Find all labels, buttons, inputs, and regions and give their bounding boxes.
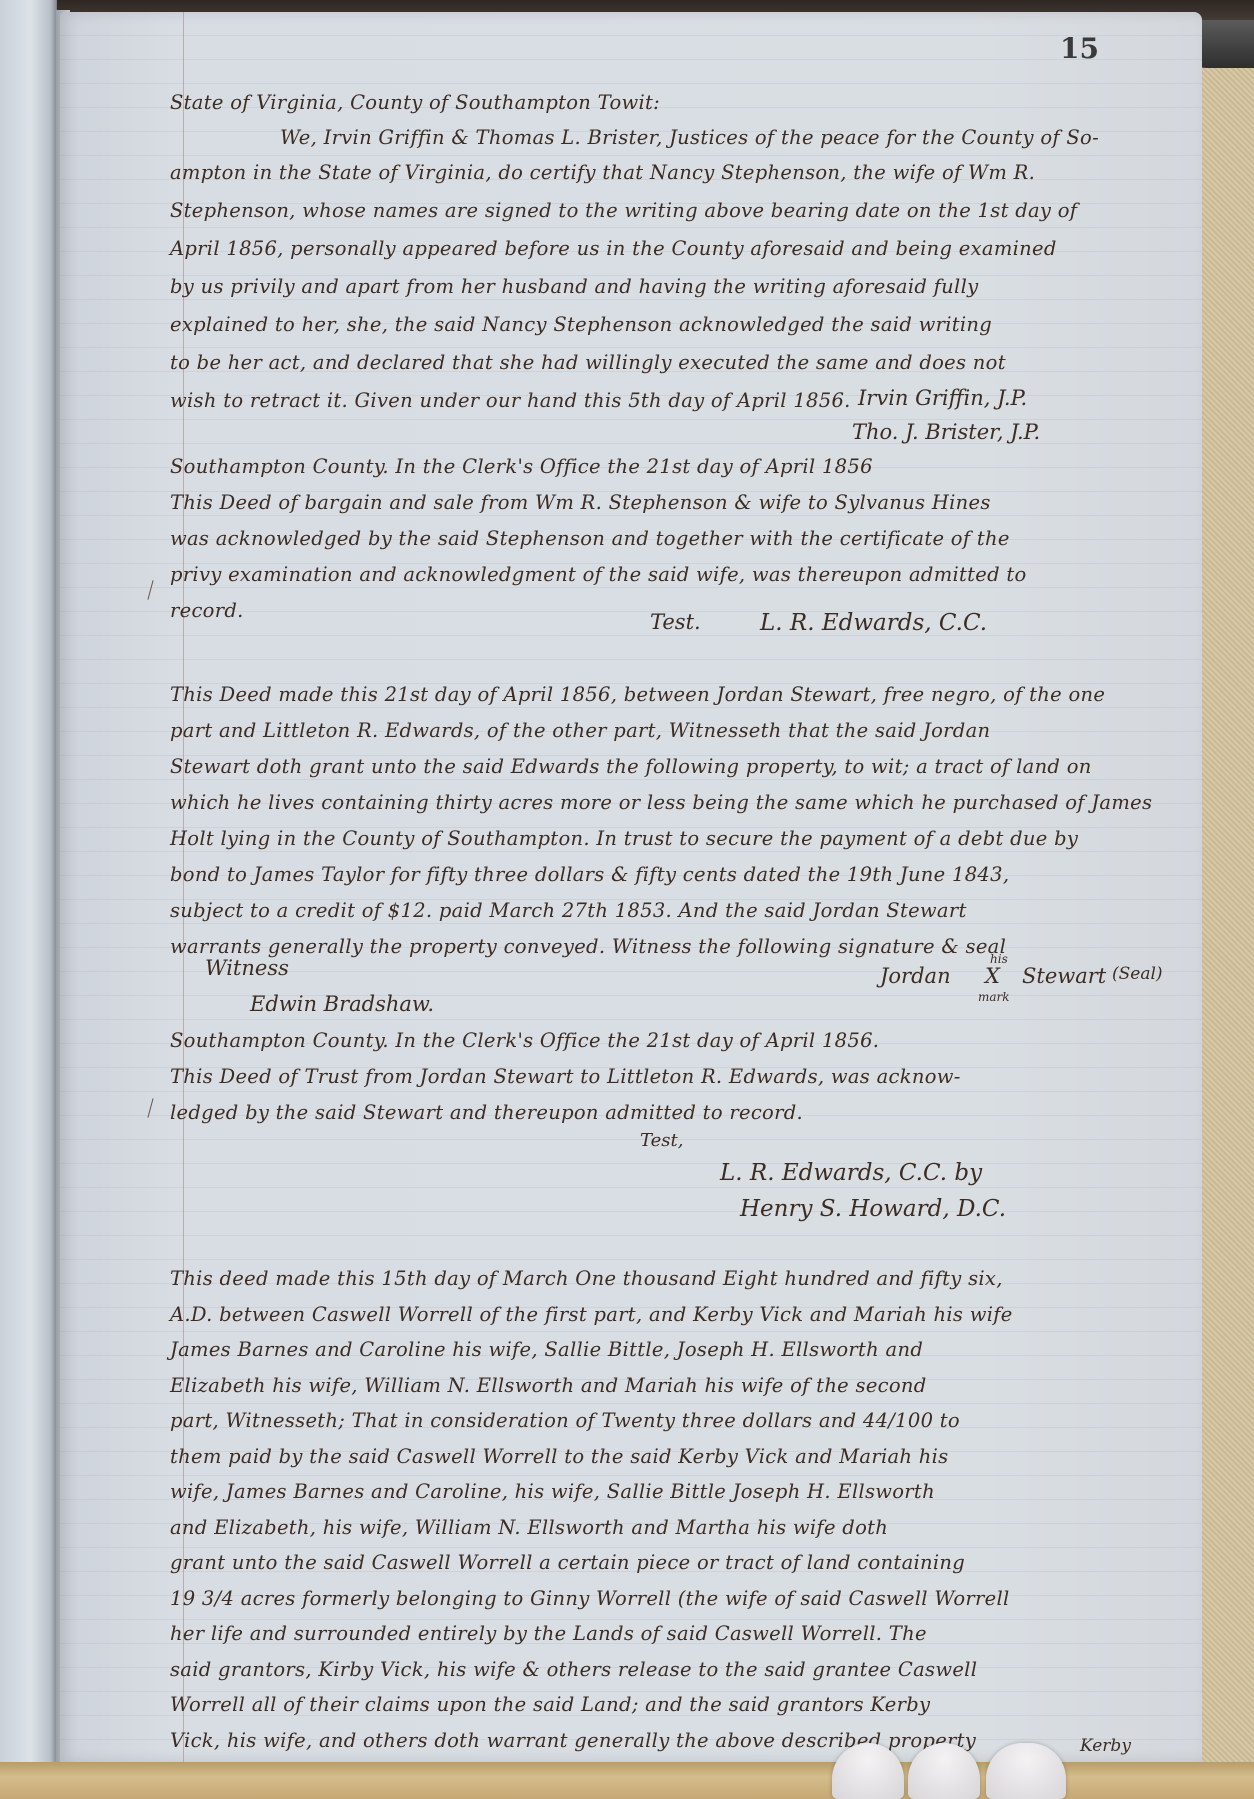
text-line: grant unto the said Caswell Worrell a ce… <box>170 1544 1190 1580</box>
text-line: wife, James Barnes and Caroline, his wif… <box>170 1473 1190 1509</box>
text-line: warrants generally the property conveyed… <box>170 928 1190 964</box>
justice-signature-griffin: Irvin Griffin, J.P. <box>858 386 1027 410</box>
witness-name: Edwin Bradshaw. <box>250 992 434 1016</box>
text-line: said grantors, Kirby Vick, his wife & ot… <box>170 1651 1190 1687</box>
text-line: This Deed made this 21st day of April 18… <box>170 676 1190 712</box>
text-line: Elizabeth his wife, William N. Ellsworth… <box>170 1367 1190 1403</box>
binding-tape <box>1200 40 1254 1799</box>
text-line: State of Virginia, County of Southampton… <box>170 84 1190 122</box>
text-line: ledged by the said Stewart and thereupon… <box>170 1094 1190 1130</box>
text-line: wish to retract it. Given under our hand… <box>170 382 1190 420</box>
signature-first-name: Jordan <box>880 964 951 988</box>
signature-last-name: Stewart <box>1022 964 1106 988</box>
attest-label: Test, <box>640 1130 683 1151</box>
text-line: Southampton County. In the Clerk's Offic… <box>170 1022 1190 1058</box>
recording-entry-1: Southampton County. In the Clerk's Offic… <box>170 448 1190 628</box>
text-line: Worrell all of their claims upon the sai… <box>170 1686 1190 1722</box>
text-line: Stephenson, whose names are signed to th… <box>170 192 1190 230</box>
text-line: which he lives containing thirty acres m… <box>170 784 1190 820</box>
text-line: bond to James Taylor for fifty three dol… <box>170 856 1190 892</box>
text-line: and Elizabeth, his wife, William N. Ells… <box>170 1509 1190 1545</box>
recording-entry-2: Southampton County. In the Clerk's Offic… <box>170 1022 1190 1130</box>
text-line: James Barnes and Caroline his wife, Sall… <box>170 1331 1190 1367</box>
text-line: by us privily and apart from her husband… <box>170 268 1190 306</box>
text-line: explained to her, she, the said Nancy St… <box>170 306 1190 344</box>
text-line: 19 3/4 acres formerly belonging to Ginny… <box>170 1580 1190 1616</box>
text-line: to be her act, and declared that she had… <box>170 344 1190 382</box>
text-line: This Deed of Trust from Jordan Stewart t… <box>170 1058 1190 1094</box>
certificate-privy-exam: State of Virginia, County of Southampton… <box>170 84 1190 420</box>
text-line: This deed made this 15th day of March On… <box>170 1260 1190 1296</box>
text-line: April 1856, personally appeared before u… <box>170 230 1190 268</box>
text-line: her life and surrounded entirely by the … <box>170 1615 1190 1651</box>
attest-label: Test. <box>650 610 701 634</box>
text-line: part, Witnesseth; That in consideration … <box>170 1402 1190 1438</box>
text-line: part and Littleton R. Edwards, of the ot… <box>170 712 1190 748</box>
text-line: Southampton County. In the Clerk's Offic… <box>170 448 1190 484</box>
facing-left-page-edge <box>0 0 57 1799</box>
gloved-finger <box>986 1743 1066 1799</box>
witness-label: Witness <box>205 956 289 980</box>
signature-x-mark: X <box>985 964 1000 988</box>
clerk-signature: L. R. Edwards, C.C. <box>760 610 987 636</box>
deed-of-trust-body: This Deed made this 21st day of April 18… <box>170 676 1190 964</box>
page-number: 15 <box>1060 32 1099 65</box>
seal-icon: (Seal) <box>1112 964 1163 984</box>
text-line: We, Irvin Griffin & Thomas L. Brister, J… <box>170 122 1190 154</box>
text-line: This Deed of bargain and sale from Wm R.… <box>170 484 1190 520</box>
text-line: privy examination and acknowledgment of … <box>170 556 1190 592</box>
text-line: them paid by the said Caswell Worrell to… <box>170 1438 1190 1474</box>
catchword: Kerby <box>1080 1736 1131 1756</box>
deed-worrell-body: This deed made this 15th day of March On… <box>170 1260 1190 1757</box>
text-line: was acknowledged by the said Stephenson … <box>170 520 1190 556</box>
signature-mark-label: mark <box>978 990 1010 1004</box>
justice-signature-brister: Tho. J. Brister, J.P. <box>852 420 1040 444</box>
clerk-signature: L. R. Edwards, C.C. by <box>720 1160 982 1186</box>
text-line: Holt lying in the County of Southampton.… <box>170 820 1190 856</box>
text-line: Stewart doth grant unto the said Edwards… <box>170 748 1190 784</box>
text-line: A.D. between Caswell Worrell of the firs… <box>170 1296 1190 1332</box>
text-line: subject to a credit of $12. paid March 2… <box>170 892 1190 928</box>
text-line: ampton in the State of Virginia, do cert… <box>170 154 1190 192</box>
deputy-clerk-signature: Henry S. Howard, D.C. <box>740 1196 1006 1222</box>
